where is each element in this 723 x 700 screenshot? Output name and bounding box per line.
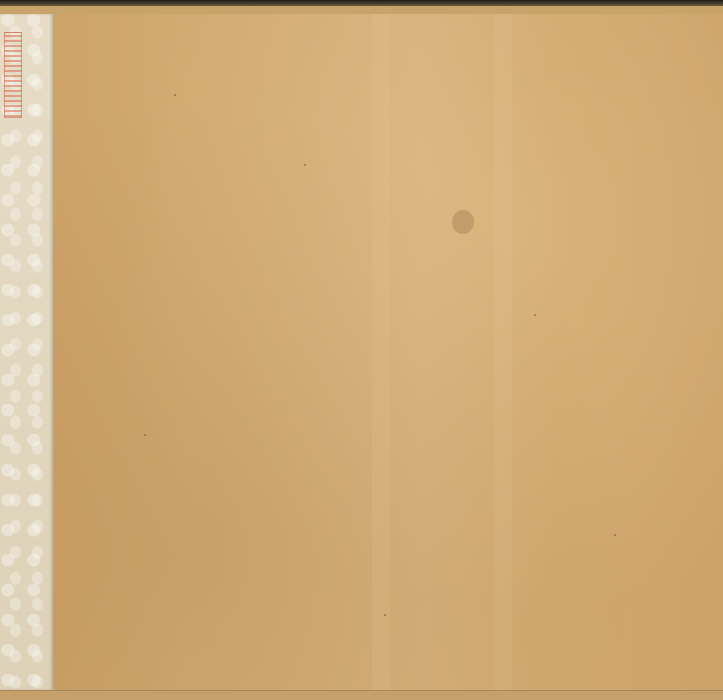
brocade-border: brocade mounting border red seal impress… <box>0 14 53 690</box>
paper-seam <box>494 14 512 690</box>
paper-seam <box>372 14 390 690</box>
paper-speck <box>534 314 536 316</box>
paper-speck <box>614 534 616 536</box>
paper-stain <box>452 210 474 234</box>
paper-speck <box>174 94 176 96</box>
paper-speck <box>384 614 386 616</box>
scroll-bottom-edge <box>0 690 723 700</box>
scroll-paper: blank aged paper <box>54 14 723 690</box>
paper-speck <box>304 164 306 166</box>
seal-icon <box>4 32 22 118</box>
paper-speck <box>144 434 146 436</box>
